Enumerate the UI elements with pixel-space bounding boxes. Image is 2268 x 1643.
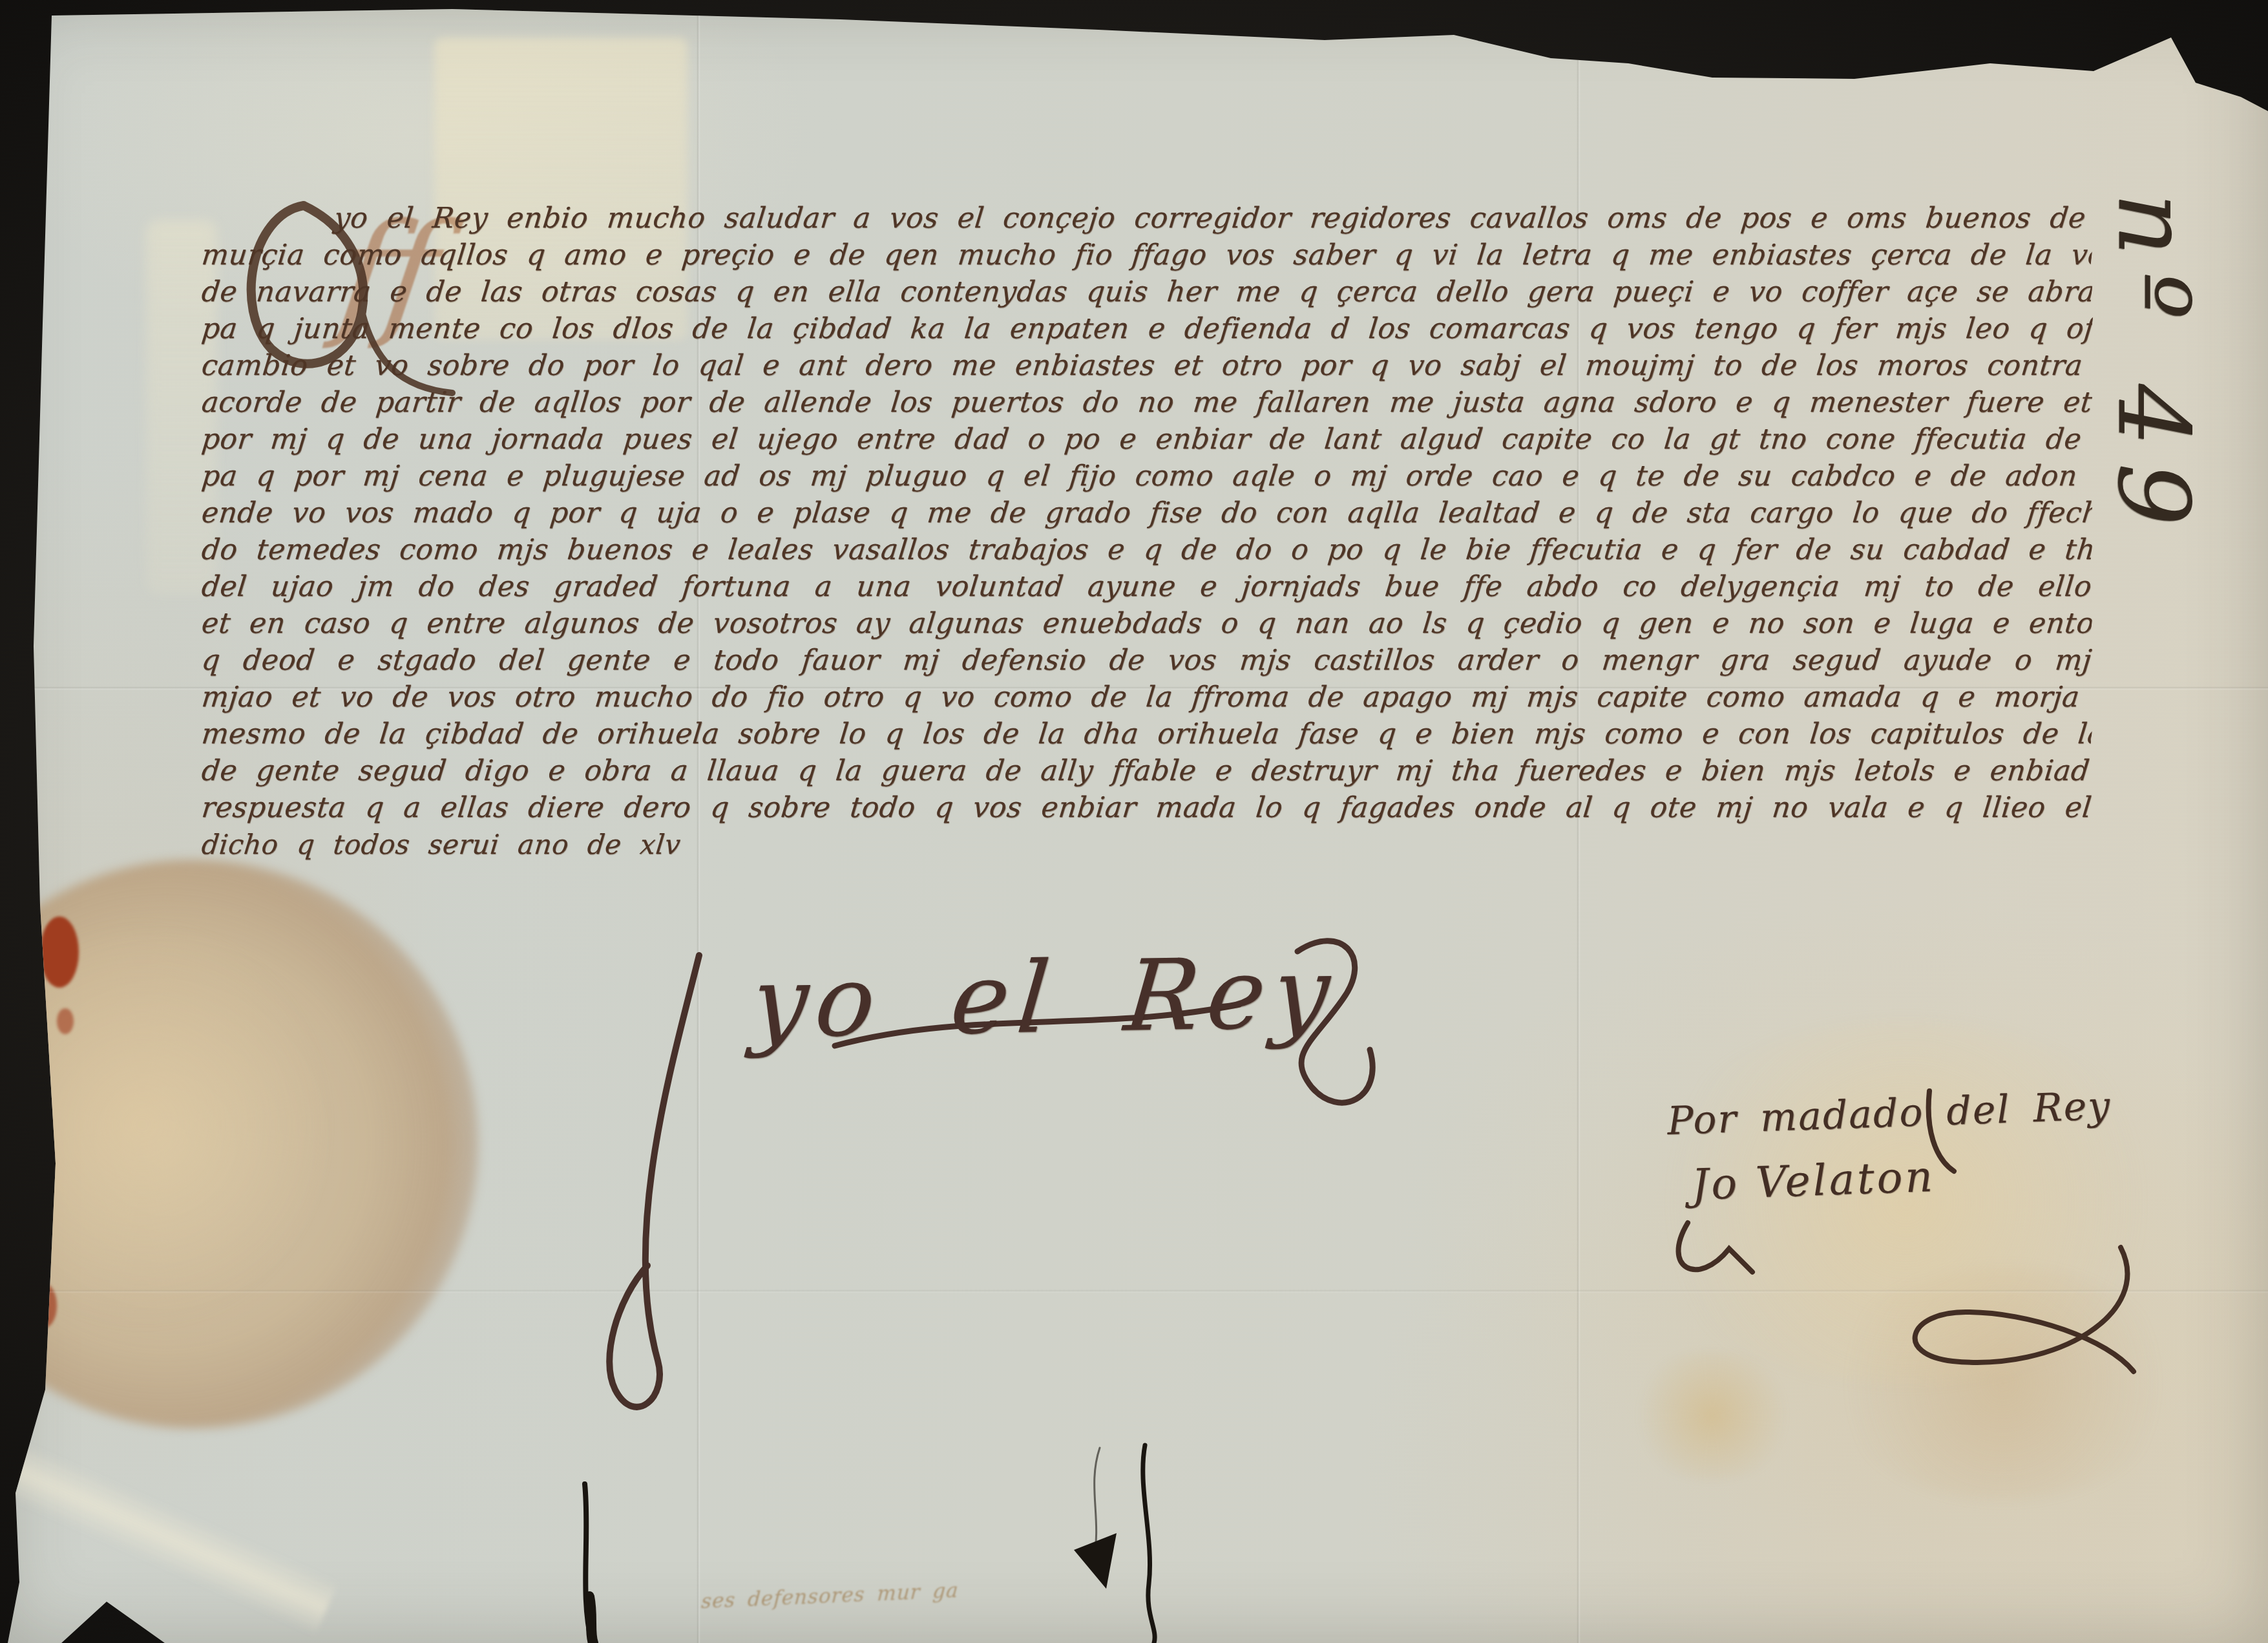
- countersignature-block: Por madado del Rey Jo Velaton: [1666, 1083, 2114, 1211]
- document-page: ff yo el Rey enbio mucho saludar a vos e…: [0, 0, 2268, 1643]
- royal-signature: yo el Rey: [747, 935, 1341, 1060]
- initial-flourish: [251, 206, 452, 393]
- paper-tears: [585, 1445, 1155, 1643]
- archival-number: nº 49: [2095, 193, 2205, 619]
- scan-background: ff yo el Rey enbio mucho saludar a vos e…: [0, 0, 2268, 1643]
- ink-flourishes-and-tears: [0, 0, 2268, 1643]
